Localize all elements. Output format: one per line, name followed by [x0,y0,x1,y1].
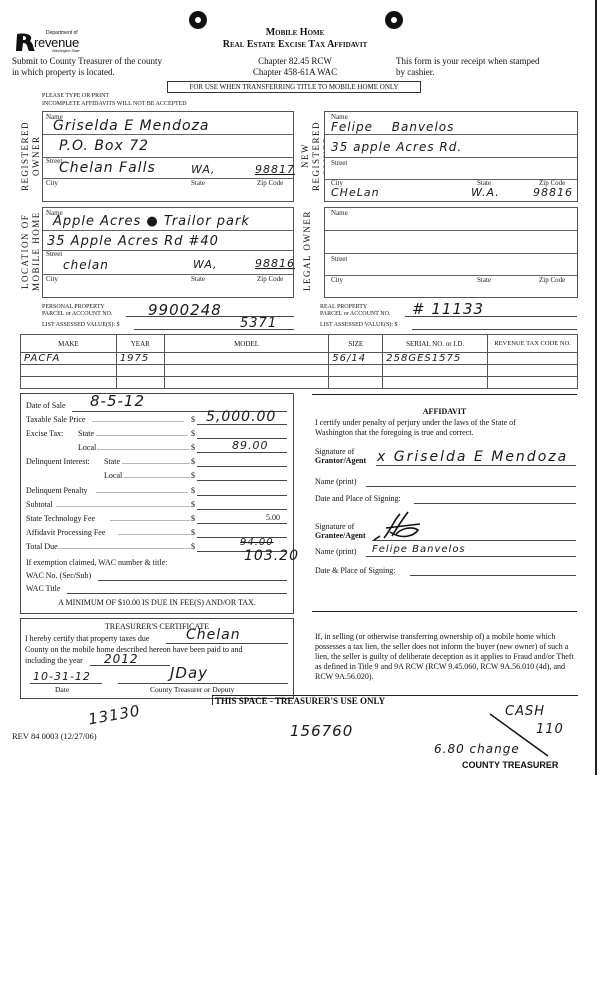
real-parcel-value: # 11133 [412,300,484,318]
cash-label: CASH [505,704,545,719]
grantor-signature-label: Signature of Grantor/Agent [315,447,366,465]
grantor-name-print-field[interactable] [366,486,576,487]
column-header-year: YEAR [116,335,164,353]
real-assessed-label: LIST ASSESSED VALUE(S): $ [320,322,398,328]
excise-tax-label: Excise Tax: [26,429,63,438]
cell-make[interactable] [21,365,117,377]
address-field[interactable]: 35 Apple Acres Rd #40 [43,231,293,251]
minimum-fee-note: A MINIMUM OF $10.00 IS DUE IN FEE(S) AND… [20,598,294,607]
new-owner-address: 35 apple Acres Rd. [331,140,462,154]
new-owner-city: CHeLan [331,186,380,199]
name-field[interactable]: Name Griselda E Mendoza [43,112,293,135]
treasurer-year-value: 2012 [104,652,139,666]
date-of-sale-value: 8-5-12 [90,392,145,410]
city-state-zip-field[interactable]: City State Zip Code [43,275,293,296]
grantee-name-print-value: Felipe Banvelos [372,544,466,555]
grantor-date-place-field[interactable] [414,503,576,504]
treasurer-cert-title: TREASURER'S CERTIFICATE [20,622,294,631]
county-treasurer-stamp: COUNTY TREASURER [462,760,558,770]
real-parcel-label: REAL PROPERTY PARCEL or ACCOUNT NO. [320,304,390,318]
treasurer-date-label: Date [55,685,69,694]
scan-edge [595,0,597,775]
leader-dots: ........................................… [118,528,190,537]
form-number: REV 84 0003 (12/27/06) [12,731,97,741]
leader-dots: ........................................… [96,429,190,438]
column-header-revenue-tax-code: REVENUE TAX CODE NO. [488,335,578,353]
grantee-date-place-label: Date & Place of Signing: [315,566,395,575]
treasurer-signature-value: JDay [170,664,208,682]
lien-notice: If, in selling (or otherwise transferrin… [315,632,577,682]
street-field[interactable]: Street chelan WA, 98816 [43,251,293,275]
excise-local-field[interactable] [197,452,287,453]
new-registered-owner-box: Name Felipe Banvelos 35 apple Acres Rd. … [324,111,578,202]
location-name: Apple Acres ● Trailor park [53,214,250,229]
street-field[interactable]: Street Chelan Falls WA, 98817 [43,158,293,179]
grantee-name-print-label: Name (print) [315,547,357,556]
location-state: WA, [193,258,218,271]
wac-title-field[interactable] [67,593,287,594]
cell-model[interactable] [164,377,329,389]
agency-state: Washington State [52,49,80,53]
affidavit-top-rule [312,394,577,395]
treasurer-date-field[interactable] [30,683,102,684]
leader-dots: ........................................… [96,486,190,495]
city-state-zip-field[interactable]: City State Zip Code [43,179,293,200]
submit-note: Submit to County Treasurer of the county… [12,56,162,78]
name-field[interactable]: Name [325,208,577,231]
grantee-date-place-field[interactable] [410,575,576,576]
leader-dots: ........................................… [58,542,190,551]
cell-serial[interactable]: 258GES1575 [383,353,488,365]
subtotal-field[interactable] [197,509,287,510]
total-due-value: 103.20 [244,548,299,564]
registered-owner-state: WA, [191,163,216,176]
leader-dots: ........................................… [97,443,190,452]
total-due-struck-value: 94.00 [240,537,274,548]
column-header-serial: SERIAL NO. or I.D. [383,335,488,353]
treasurer-date-value: 10-31-12 [33,670,91,683]
section-label-legal-owner: LEGAL OWNER [302,206,324,296]
personal-assessed-value: 5371 [240,316,277,331]
delinquent-interest-label: Delinquent Interest: [26,457,90,466]
name-field[interactable]: Name Apple Acres ● Trailor park [43,208,293,231]
address-field[interactable]: 35 apple Acres Rd. [325,135,577,158]
column-header-model: MODEL [164,335,329,353]
receipt-number: 156760 [290,722,353,740]
cell-size[interactable] [329,377,383,389]
cell-make[interactable] [21,377,117,389]
total-due-label: Total Due [26,542,58,551]
taxable-price-value: 5,000.00 [206,409,276,425]
legal-owner-box: Name Street City State Zip Code [324,207,578,298]
affidavit-certification: I certify under penalty of perjury under… [315,418,516,438]
location-city: chelan [63,258,109,272]
tech-fee-label: State Technology Fee [26,514,95,523]
leader-dots: ........................................… [92,415,190,424]
delinquent-penalty-field[interactable] [197,495,287,496]
new-owner-state: W.A. [471,186,500,199]
dor-logo: Department of Revenue Washington State [14,30,94,54]
leader-dots: ........................................… [122,457,190,466]
leader-dots: ........................................… [124,471,190,480]
cell-serial[interactable] [383,377,488,389]
treasurer-signer-label: County Treasurer or Deputy [150,685,234,694]
cell-year[interactable] [116,377,164,389]
taxable-price-label: Taxable Sale Price [26,415,85,424]
cell-model[interactable] [164,353,329,365]
street-field[interactable]: Street [325,254,577,276]
delinquent-state-field[interactable] [197,466,287,467]
wac-no-field[interactable] [98,580,287,581]
instructions: PLEASE TYPE OR PRINT INCOMPLETE AFFIDAVI… [42,92,187,108]
cell-year[interactable] [116,365,164,377]
new-owner-zip: 98816 [533,186,573,199]
tech-fee-value: 5.00 [266,513,280,522]
real-assessed-field[interactable] [412,329,577,330]
table-header-row: MAKE YEAR MODEL SIZE SERIAL NO. or I.D. … [21,335,578,353]
personal-parcel-label: PERSONAL PROPERTY PARCEL or ACCOUNT NO. [42,304,112,318]
wac-title-label: WAC Title [26,584,60,593]
table-row [21,365,578,377]
treasurer-use-title: THIS SPACE - TREASURER'S USE ONLY [215,696,385,706]
location-box: Name Apple Acres ● Trailor park 35 Apple… [42,207,294,298]
grantor-name-print-label: Name (print) [315,477,357,486]
leader-dots: ........................................… [110,514,190,523]
treasurer-county-field[interactable] [166,643,288,644]
cell-size[interactable]: 56/14 [329,353,383,365]
delinquent-local-field[interactable] [197,480,287,481]
agency-name: Revenue [34,35,79,50]
date-of-sale-label: Date of Sale [26,401,66,410]
location-address: 35 Apple Acres Rd #40 [47,234,219,249]
grantor-date-place-label: Date and Place of Signing: [315,494,401,503]
city-state-zip-field[interactable]: City State Zip Code [325,276,577,297]
treasurer-use-corner [212,695,213,705]
city-state-zip-field[interactable]: City State Zip Code CHeLan W.A. 98816 [325,180,577,201]
affidavit-bottom-rule [312,611,577,612]
section-label-registered-owner: REGISTEREDOWNER [20,112,44,200]
processing-fee-label: Affidavit Processing Fee [26,528,105,537]
affidavit-title: AFFIDAVIT [312,407,577,416]
grantor-signature-value: x Griselda E Mendoza [377,449,568,465]
tech-fee-field[interactable] [197,523,287,524]
mobile-home-details-table: MAKE YEAR MODEL SIZE SERIAL NO. or I.D. … [20,334,578,389]
leader-dots: ........................................… [56,500,190,509]
cell-make[interactable]: PACFA [21,353,117,365]
column-header-size: SIZE [329,335,383,353]
personal-parcel-value: 9900248 [148,301,222,319]
registered-owner-box: Name Griselda E Mendoza P.O. Box 72 Stre… [42,111,294,202]
cash-amount: 110 [536,722,564,737]
personal-assessed-label: LIST ASSESSED VALUE(S): $ [42,322,120,328]
treasurer-signature-field[interactable] [118,683,288,684]
grantee-signature-scribble-icon [372,510,432,544]
use-banner: FOR USE WHEN TRANSFERRING TITLE TO MOBIL… [167,81,421,93]
location-zip: 98816 [255,257,295,270]
name-field[interactable]: Name Felipe Banvelos [325,112,577,135]
cell-model[interactable] [164,365,329,377]
registered-owner-address: P.O. Box 72 [59,138,149,154]
registered-owner-name: Griselda E Mendoza [53,118,209,134]
receipt-note: This form is your receipt when stamped b… [396,56,539,78]
cell-serial[interactable] [383,365,488,377]
table-row [21,377,578,389]
revenue-logo-icon [14,32,36,52]
section-label-location: LOCATION OFMOBILE HOME [20,206,44,296]
wac-no-label: WAC No. (Sec/Sub) [26,571,91,580]
grantee-name-print-field[interactable] [366,556,576,557]
treasurer-county-value: Chelan [186,627,241,643]
table-row: PACFA 1975 56/14 258GES1575 [21,353,578,365]
chapter-refs: Chapter 82.45 RCW Chapter 458-61A WAC [220,56,370,78]
subtotal-label: Subtotal [26,500,53,509]
registered-owner-city: Chelan Falls [59,160,156,176]
cell-revenue-code[interactable] [488,365,578,377]
grantee-signature-label: Signature of Grantee/Agent [315,522,366,540]
change-note: 6.80 change [434,742,520,756]
delinquent-penalty-label: Delinquent Penalty [26,486,88,495]
section-label-new-registered-owner: NEW REGISTEREDOWNER [300,112,326,200]
form-title: Mobile Home Real Estate Excise Tax Affid… [195,27,395,51]
grantor-signature-field[interactable] [376,465,576,466]
street-field[interactable]: Street [325,158,577,180]
cell-size[interactable] [329,365,383,377]
column-header-make: MAKE [21,335,117,353]
cell-year[interactable]: 1975 [116,353,164,365]
cell-revenue-code[interactable] [488,353,578,365]
registered-owner-zip: 98817 [255,163,295,176]
address-field[interactable]: P.O. Box 72 [43,135,293,158]
excise-local-value: 89.00 [232,439,269,452]
treasurer-note-left: 13130 [87,702,142,729]
cell-revenue-code[interactable] [488,377,578,389]
exemption-label: If exemption claimed, WAC number & title… [26,558,167,567]
address-field[interactable] [325,231,577,254]
new-owner-name: Felipe Banvelos [331,120,454,134]
